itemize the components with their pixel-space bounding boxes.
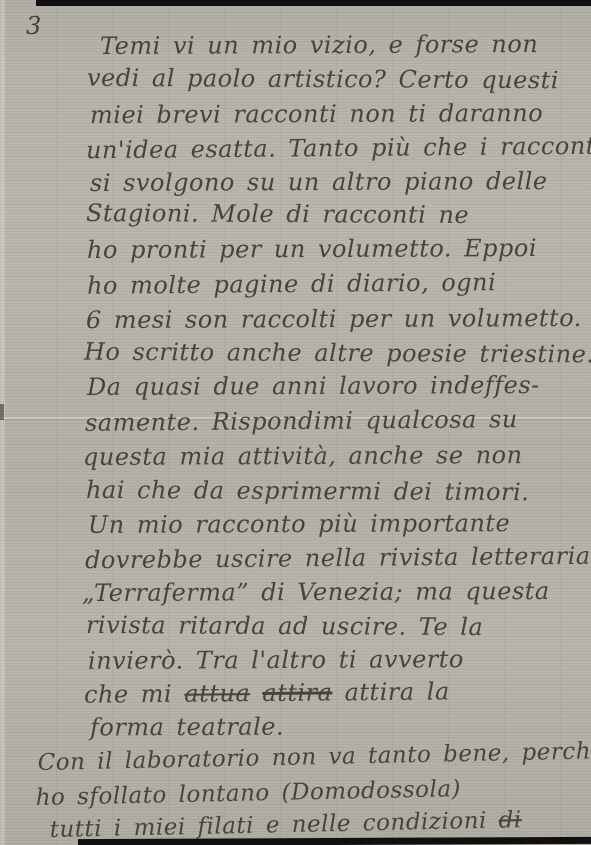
letter-page: 3 Temi vi un mio vizio, e forse non vedi… — [0, 0, 591, 845]
struck-word: attua — [184, 679, 250, 708]
handwritten-line: Da quasi due anni lavoro indeffes- — [87, 370, 540, 402]
handwritten-line: samente. Rispondimi qualcosa su — [85, 404, 518, 438]
left-margin-mark — [0, 404, 4, 420]
handwritten-line: miei brevi racconti non ti daranno — [90, 98, 543, 130]
correction-rest: attira la — [344, 677, 449, 706]
handwritten-line: Stagioni. Mole di racconti ne — [86, 198, 469, 230]
handwritten-line: „Terraferma” di Venezia; ma questa — [82, 576, 550, 608]
handwritten-line: rivista ritarda ad uscire. Te la — [86, 610, 483, 642]
handwritten-line: Un mio racconto più importante — [88, 508, 510, 540]
handwritten-line: hai che da esprimermi dei timori. — [86, 475, 529, 507]
handwritten-line: Con il laboratorio non va tanto bene, pe… — [37, 736, 591, 778]
handwritten-line: un'idea esatta. Tanto più che i racconti — [86, 131, 591, 166]
struck-word: attira — [262, 678, 332, 707]
handwritten-line: 6 mesi son raccolti per un volumetto. — [86, 303, 582, 335]
handwritten-line: questa mia attività, anche se non — [83, 440, 523, 472]
correction-prefix: che mi — [84, 680, 172, 709]
paper-left-edge — [0, 0, 5, 845]
handwritten-line: invierò. Tra l'altro ti avverto — [88, 644, 464, 676]
handwritten-line: si svolgono su un altro piano delle — [90, 166, 548, 198]
scan-edge-top — [36, 0, 591, 6]
struck-word: di — [498, 807, 522, 833]
handwritten-line: ho molte pagine di diario, ogni — [87, 267, 496, 301]
handwritten-line: Temi vi un mio vizio, e forse non — [100, 29, 538, 61]
scanned-letter-page: { "page": { "number": "3" }, "colors": {… — [0, 0, 591, 845]
handwritten-line: ho pronti per un volumetto. Eppoi — [87, 233, 537, 265]
page-number: 3 — [26, 12, 41, 40]
handwritten-line-with-corrections: che mi attua attira attira la — [84, 676, 450, 709]
handwritten-line: dovrebbe uscire nella rivista letteraria — [85, 541, 591, 575]
handwritten-line: vedi al paolo artistico? Certo questi — [87, 63, 559, 95]
handwritten-line: Ho scritto anche altre poesie triestine. — [84, 337, 591, 370]
handwritten-line: forma teatrale. — [90, 712, 284, 743]
